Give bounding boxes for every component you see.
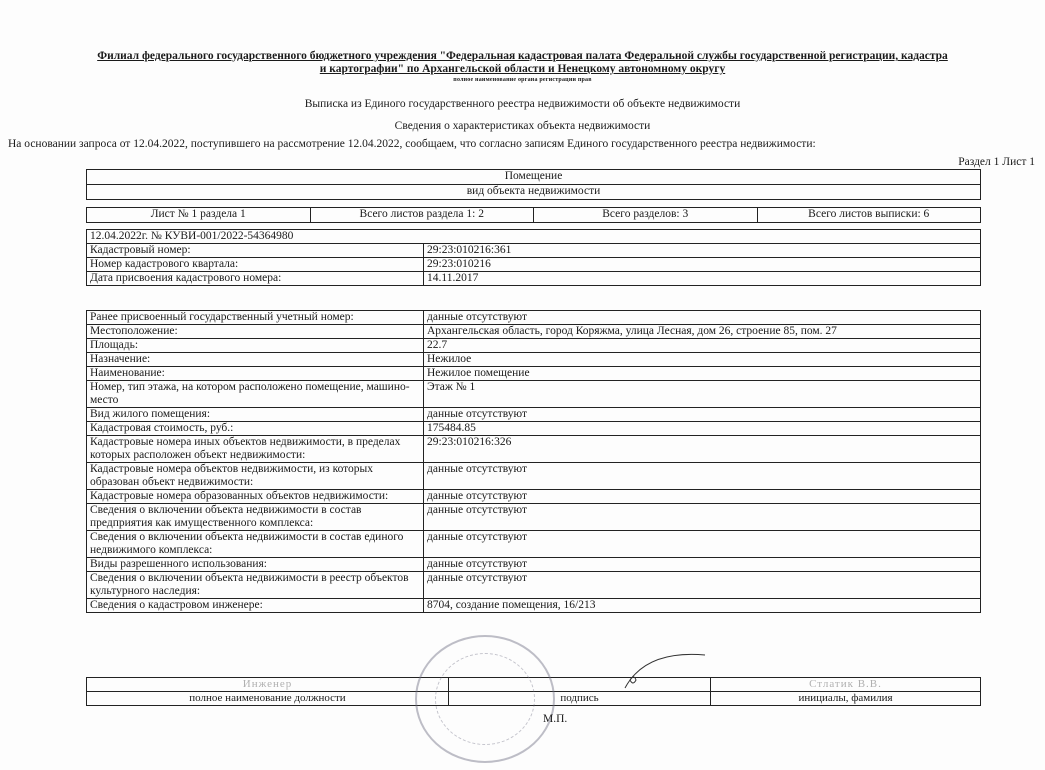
row-label: Кадастровые номера объектов недвижимости… bbox=[87, 463, 424, 490]
row-value: данные отсутствуют bbox=[424, 504, 981, 531]
row-value: данные отсутствуют bbox=[424, 311, 981, 325]
sheet-number: Лист № 1 раздела 1 bbox=[87, 208, 311, 223]
row-label: Кадастровые номера иных объектов недвижи… bbox=[87, 436, 424, 463]
table-row: Кадастровая стоимость, руб.:175484.85 bbox=[87, 422, 981, 436]
row-label: Назначение: bbox=[87, 353, 424, 367]
row-label: Наименование: bbox=[87, 367, 424, 381]
signature-table: Инженер Стлатик В.В. полное наименование… bbox=[86, 677, 981, 706]
object-kind-caption: вид объекта недвижимости bbox=[87, 185, 981, 200]
table-row: Виды разрешенного использования:данные о… bbox=[87, 558, 981, 572]
assignment-date: 14.11.2017 bbox=[424, 272, 981, 286]
document-subtitle: Сведения о характеристиках объекта недви… bbox=[0, 120, 1045, 132]
row-label: Сведения о кадастровом инженере: bbox=[87, 599, 424, 613]
name-caption: инициалы, фамилия bbox=[711, 692, 981, 706]
section-sheets-total: Всего листов раздела 1: 2 bbox=[310, 208, 534, 223]
table-row: Сведения о включении объекта недвижимост… bbox=[87, 531, 981, 558]
row-label: Ранее присвоенный государственный учетны… bbox=[87, 311, 424, 325]
table-row: Назначение:Нежилое bbox=[87, 353, 981, 367]
organization-name: Филиал федерального государственного бюд… bbox=[0, 50, 1045, 76]
name-value: Стлатик В.В. bbox=[711, 678, 981, 692]
identity-table: 12.04.2022г. № КУВИ-001/2022-54364980 Ка… bbox=[86, 229, 981, 286]
row-value: данные отсутствуют bbox=[424, 558, 981, 572]
row-label: Дата присвоения кадастрового номера: bbox=[87, 272, 424, 286]
table-row: Наименование:Нежилое помещение bbox=[87, 367, 981, 381]
object-kind-table: Помещение вид объекта недвижимости bbox=[86, 169, 981, 200]
cadastral-number: 29:23:010216:361 bbox=[424, 244, 981, 258]
request-id: 12.04.2022г. № КУВИ-001/2022-54364980 bbox=[87, 230, 981, 244]
seal-label: М.П. bbox=[543, 713, 567, 725]
row-value: 8704, создание помещения, 16/213 bbox=[424, 599, 981, 613]
table-row: Местоположение:Архангельская область, го… bbox=[87, 325, 981, 339]
row-value: 29:23:010216:326 bbox=[424, 436, 981, 463]
table-row: Площадь:22.7 bbox=[87, 339, 981, 353]
document-title: Выписка из Единого государственного реес… bbox=[0, 98, 1045, 110]
handwritten-signature bbox=[620, 650, 710, 690]
table-row: Номер, тип этажа, на котором расположено… bbox=[87, 381, 981, 408]
row-label: Номер, тип этажа, на котором расположено… bbox=[87, 381, 424, 408]
row-value: Архангельская область, город Коряжма, ул… bbox=[424, 325, 981, 339]
row-label: Площадь: bbox=[87, 339, 424, 353]
row-value: Нежилое помещение bbox=[424, 367, 981, 381]
position-value: Инженер bbox=[87, 678, 449, 692]
row-value: 175484.85 bbox=[424, 422, 981, 436]
table-row: Сведения о включении объекта недвижимост… bbox=[87, 504, 981, 531]
table-row: Кадастровые номера образованных объектов… bbox=[87, 490, 981, 504]
row-value: Нежилое bbox=[424, 353, 981, 367]
row-label: Кадастровые номера образованных объектов… bbox=[87, 490, 424, 504]
extract-sheets-total: Всего листов выписки: 6 bbox=[757, 208, 981, 223]
sheets-table: Лист № 1 раздела 1 Всего листов раздела … bbox=[86, 207, 981, 223]
row-value: данные отсутствуют bbox=[424, 490, 981, 504]
object-kind-value: Помещение bbox=[87, 170, 981, 185]
row-value: Этаж № 1 bbox=[424, 381, 981, 408]
organization-caption: полное наименование органа регистрации п… bbox=[0, 77, 1045, 83]
row-label: Вид жилого помещения: bbox=[87, 408, 424, 422]
section-reference: Раздел 1 Лист 1 bbox=[958, 156, 1035, 168]
position-caption: полное наименование должности bbox=[87, 692, 449, 706]
row-value: данные отсутствуют bbox=[424, 531, 981, 558]
row-value: данные отсутствуют bbox=[424, 408, 981, 422]
row-label: Местоположение: bbox=[87, 325, 424, 339]
cadastral-quarter: 29:23:010216 bbox=[424, 258, 981, 272]
request-basis: На основании запроса от 12.04.2022, пост… bbox=[8, 138, 816, 150]
table-row: Вид жилого помещения:данные отсутствуют bbox=[87, 408, 981, 422]
table-row: Кадастровые номера объектов недвижимости… bbox=[87, 463, 981, 490]
table-row: Кадастровые номера иных объектов недвижи… bbox=[87, 436, 981, 463]
signature-caption: подпись bbox=[449, 692, 711, 706]
row-label: Сведения о включении объекта недвижимост… bbox=[87, 531, 424, 558]
table-row: Сведения о кадастровом инженере:8704, со… bbox=[87, 599, 981, 613]
sections-total: Всего разделов: 3 bbox=[534, 208, 758, 223]
row-label: Кадастровая стоимость, руб.: bbox=[87, 422, 424, 436]
row-value: данные отсутствуют bbox=[424, 463, 981, 490]
characteristics-table: Ранее присвоенный государственный учетны… bbox=[86, 310, 981, 613]
row-value: 22.7 bbox=[424, 339, 981, 353]
row-label: Сведения о включении объекта недвижимост… bbox=[87, 504, 424, 531]
row-label: Номер кадастрового квартала: bbox=[87, 258, 424, 272]
row-value: данные отсутствуют bbox=[424, 572, 981, 599]
table-row: Сведения о включении объекта недвижимост… bbox=[87, 572, 981, 599]
table-row: Ранее присвоенный государственный учетны… bbox=[87, 311, 981, 325]
row-label: Сведения о включении объекта недвижимост… bbox=[87, 572, 424, 599]
row-label: Кадастровый номер: bbox=[87, 244, 424, 258]
row-label: Виды разрешенного использования: bbox=[87, 558, 424, 572]
